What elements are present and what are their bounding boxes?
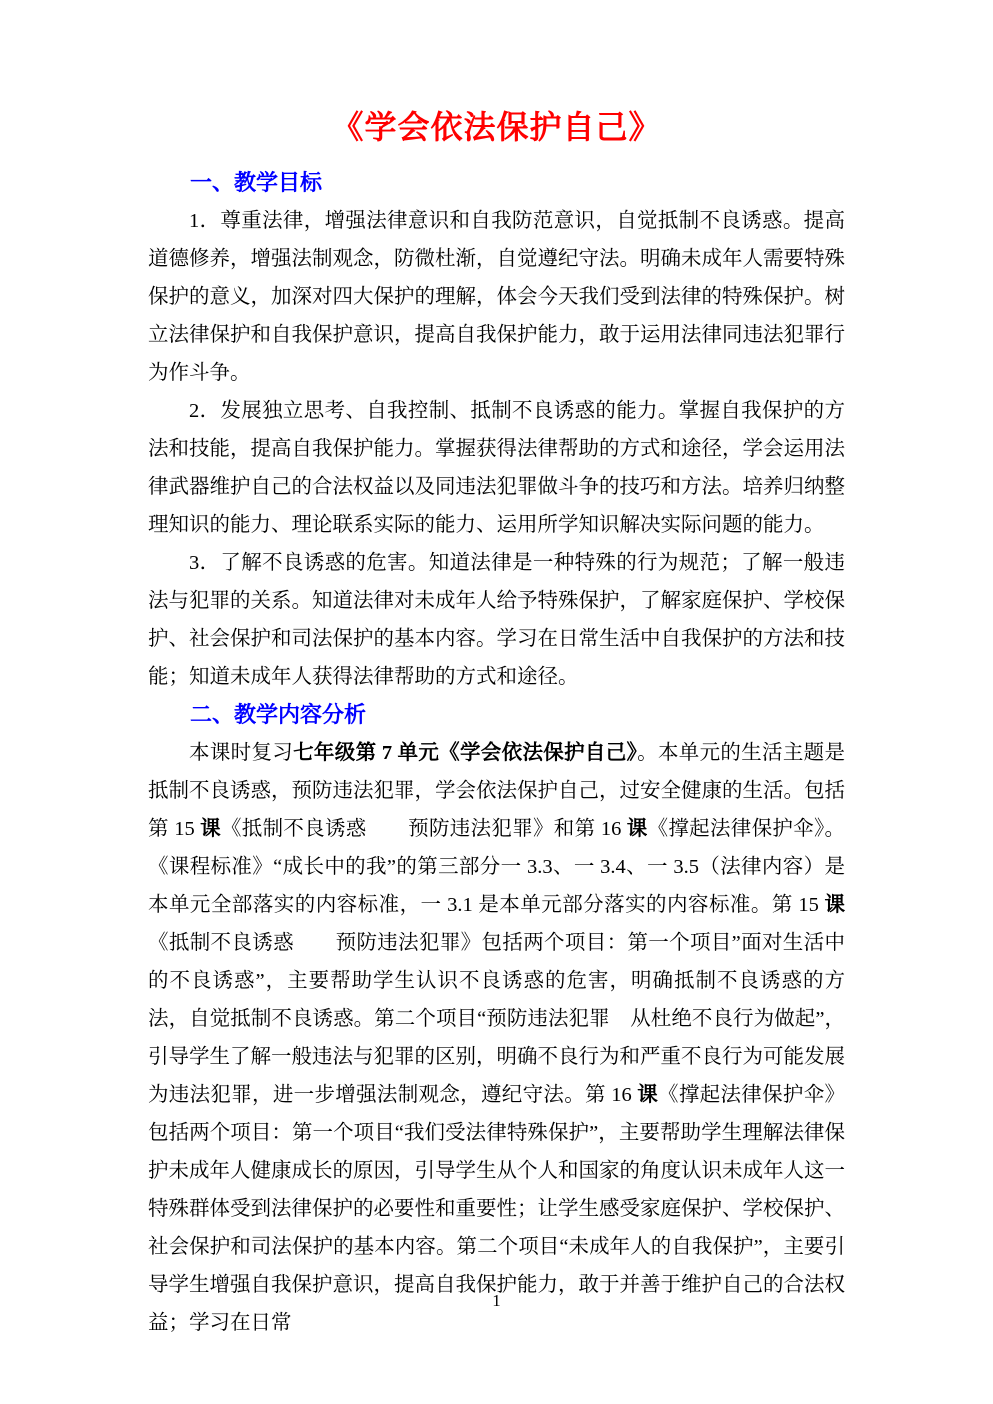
- paragraph-goal-1: 1．尊重法律，增强法律意识和自我防范意识，自觉抵制不良诱惑。提高道德修养，增强法…: [148, 202, 845, 392]
- page-number: 1: [0, 1290, 993, 1312]
- paragraph-content-analysis: 本课时复习七年级第 7 单元《学会依法保护自己》。本单元的生活主题是抵制不良诱惑…: [148, 734, 845, 1342]
- text-run-bold: 课: [637, 1084, 658, 1106]
- section-heading-content-analysis: 二、教学内容分析: [148, 696, 845, 734]
- section-heading-teaching-goals: 一、教学目标: [148, 164, 845, 202]
- text-run: 本课时复习: [189, 742, 293, 764]
- text-run-bold: 课: [200, 818, 221, 840]
- document-page: 《学会依法保护自己》 一、教学目标 1．尊重法律，增强法律意识和自我防范意识，自…: [0, 0, 993, 1404]
- text-run: 《抵制不良诱惑 预防违法犯罪》包括两个项目：第一个项目”面对生活中的不良诱惑”，…: [148, 932, 845, 1106]
- paragraph-goal-2: 2．发展独立思考、自我控制、抵制不良诱惑的能力。掌握自我保护的方法和技能，提高自…: [148, 392, 845, 544]
- text-run-bold: 课: [627, 818, 648, 840]
- text-run-bold: 课: [825, 894, 846, 916]
- document-content: 《学会依法保护自己》 一、教学目标 1．尊重法律，增强法律意识和自我防范意识，自…: [148, 0, 845, 1342]
- text-run: 《抵制不良诱惑 预防违法犯罪》和第 16: [221, 818, 627, 840]
- paragraph-goal-3: 3．了解不良诱惑的危害。知道法律是一种特殊的行为规范；了解一般违法与犯罪的关系。…: [148, 544, 845, 696]
- text-run-bold-unit-title: 七年级第 7 单元《学会依法保护自己》: [293, 742, 637, 764]
- document-title: 《学会依法保护自己》: [148, 104, 845, 150]
